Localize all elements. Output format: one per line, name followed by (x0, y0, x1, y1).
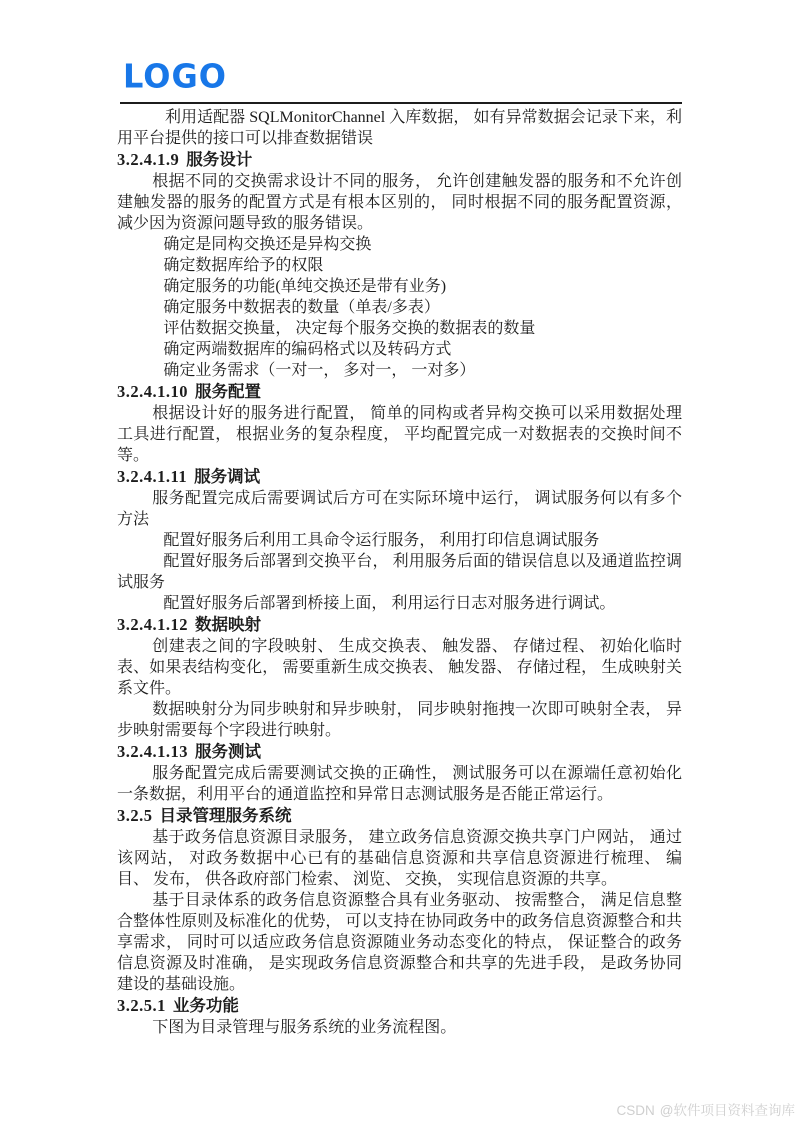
section-number: 3.2.4.1.13 (117, 742, 188, 761)
header-divider (120, 102, 682, 104)
section-number: 3.2.4.1.9 (117, 150, 179, 169)
list-item: 评估数据交换量， 决定每个服务交换的数据表的数量 (117, 318, 682, 339)
section-title: 服务设计 (186, 151, 252, 169)
section-number: 3.2.4.1.12 (117, 615, 188, 634)
document-body: 利用适配器 SQLMonitorChannel 入库数据， 如有异常数据会记录下… (117, 107, 682, 1038)
list-item: 确定是同构交换还是异构交换 (117, 234, 682, 255)
section-number: 3.2.4.1.10 (117, 382, 188, 401)
section-heading: 3.2.4.1.13服务测试 (117, 741, 682, 763)
section-title: 目录管理服务系统 (160, 807, 292, 825)
paragraph: 创建表之间的字段映射、 生成交换表、 触发器、 存储过程、 初始化临时表、如果表… (117, 636, 682, 699)
list-item: 确定服务的功能(单纯交换还是带有业务) (117, 276, 682, 297)
paragraph: 根据设计好的服务进行配置， 简单的同构或者异构交换可以采用数据处理工具进行配置，… (117, 403, 682, 466)
list-item: 配置好服务后利用工具命令运行服务， 利用打印信息调试服务 (117, 530, 682, 551)
list-item: 配置好服务后部署到交换平台， 利用服务后面的错误信息以及通道监控调试服务 (117, 551, 682, 593)
section-title: 数据映射 (195, 616, 261, 634)
company-logo: LOGO (123, 58, 227, 95)
section-heading: 3.2.4.1.9服务设计 (117, 149, 682, 171)
paragraph: 数据映射分为同步映射和异步映射， 同步映射拖拽一次即可映射全表， 异步映射需要每… (117, 699, 682, 741)
section-number: 3.2.5 (117, 806, 153, 825)
paragraph: 基于政务信息资源目录服务， 建立政务信息资源交换共享门户网站， 通过该网站， 对… (117, 827, 682, 890)
paragraph: 基于目录体系的政务信息资源整合具有业务驱动、 按需整合， 满足信息整合整体性原则… (117, 890, 682, 995)
watermark-user: @软件项目资料查询库 (660, 1103, 795, 1118)
document-page: LOGO 利用适配器 SQLMonitorChannel 入库数据， 如有异常数… (0, 0, 800, 1132)
paragraph: 服务配置完成后需要测试交换的正确性， 测试服务可以在源端任意初始化一条数据，利用… (117, 763, 682, 805)
section-heading: 3.2.4.1.12数据映射 (117, 614, 682, 636)
watermark: CSDN@软件项目资料查询库 (617, 1102, 795, 1120)
section-number: 3.2.5.1 (117, 996, 166, 1015)
paragraph: 利用适配器 SQLMonitorChannel 入库数据， 如有异常数据会记录下… (117, 107, 682, 149)
list-item: 确定服务中数据表的数量（单表/多表） (117, 297, 682, 318)
section-heading: 3.2.5.1业务功能 (117, 995, 682, 1017)
list-item: 确定业务需求（一对一， 多对一， 一对多） (117, 360, 682, 381)
list-item: 配置好服务后部署到桥接上面， 利用运行日志对服务进行调试。 (117, 593, 682, 614)
section-number: 3.2.4.1.11 (117, 467, 187, 486)
paragraph: 下图为目录管理与服务系统的业务流程图。 (117, 1017, 682, 1038)
paragraph: 服务配置完成后需要调试后方可在实际环境中运行， 调试服务何以有多个方法 (117, 488, 682, 530)
section-title: 业务功能 (173, 997, 239, 1015)
watermark-brand: CSDN (617, 1103, 655, 1118)
section-title: 服务调试 (194, 468, 260, 486)
section-heading: 3.2.5目录管理服务系统 (117, 805, 682, 827)
section-heading: 3.2.4.1.11服务调试 (117, 466, 682, 488)
section-title: 服务配置 (195, 383, 261, 401)
section-heading: 3.2.4.1.10服务配置 (117, 381, 682, 403)
list-item: 确定数据库给予的权限 (117, 255, 682, 276)
list-item: 确定两端数据库的编码格式以及转码方式 (117, 339, 682, 360)
paragraph: 根据不同的交换需求设计不同的服务， 允许创建触发器的服务和不允许创建触发器的服务… (117, 171, 682, 234)
section-title: 服务测试 (195, 743, 261, 761)
